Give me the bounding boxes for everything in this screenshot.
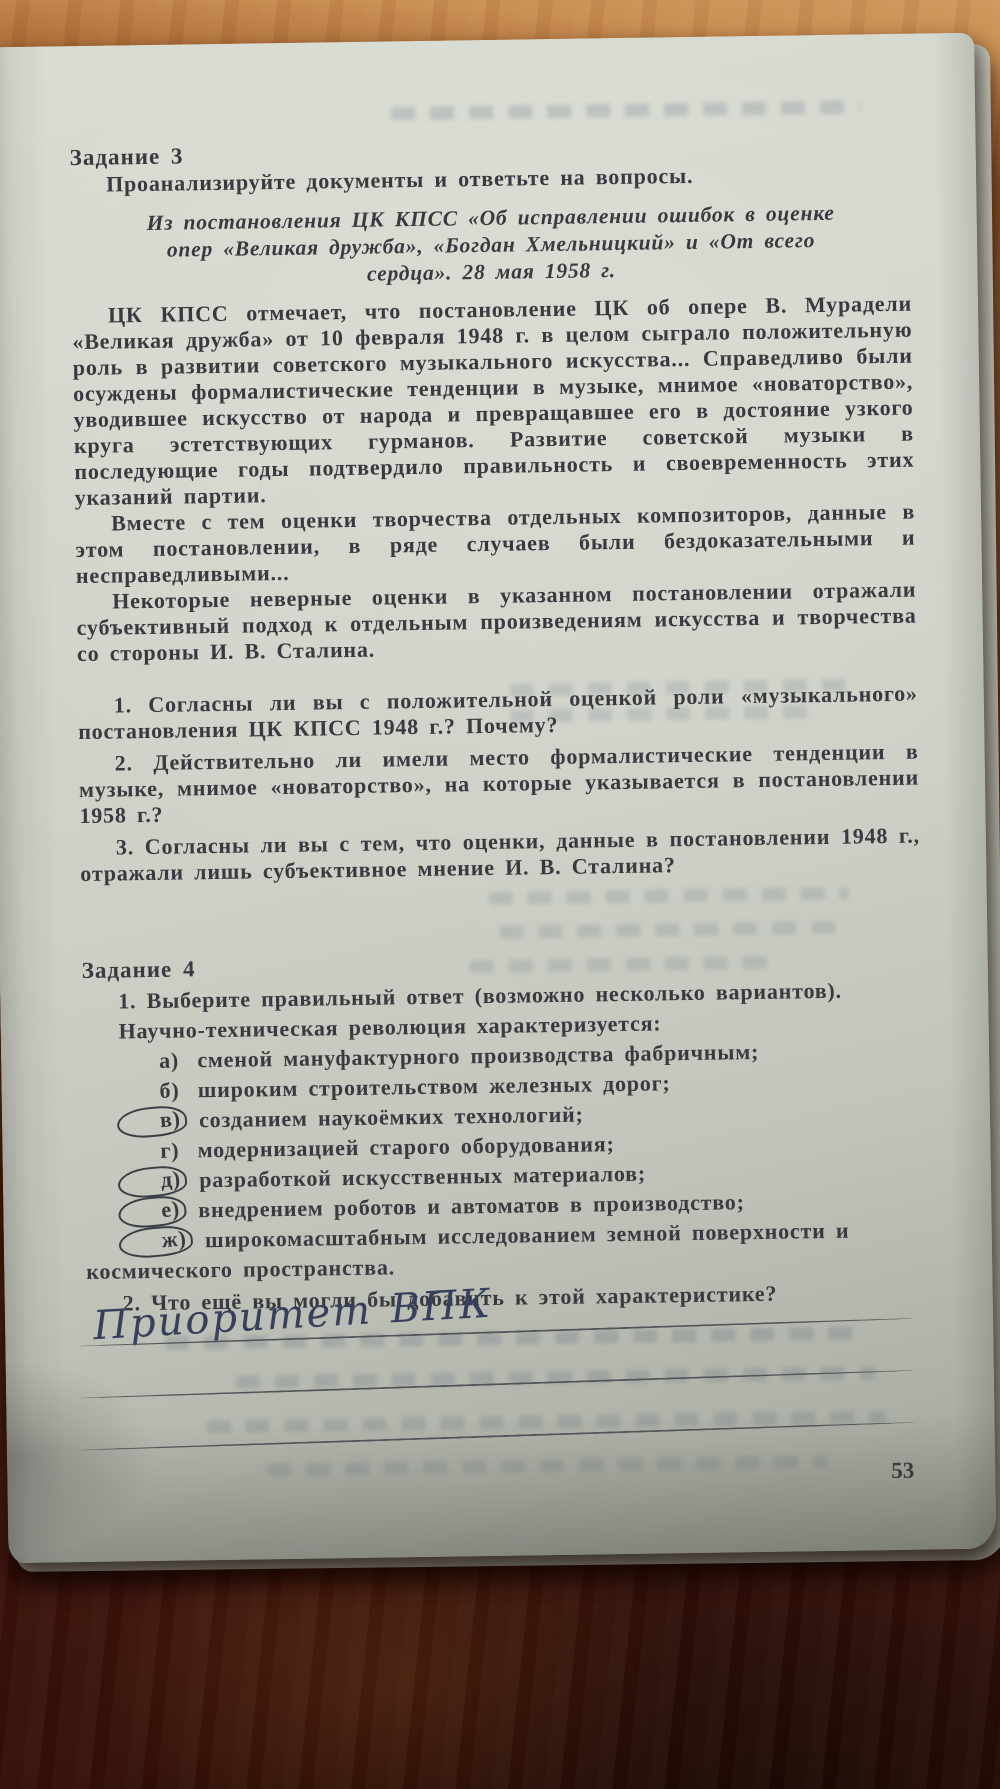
question-2: 2. Действительно ли имели место формалис…	[79, 739, 920, 829]
option-letter: ж)	[118, 1224, 194, 1260]
option-text: широким строительством железных дорог;	[187, 1070, 670, 1102]
option-letter: в)	[116, 1104, 188, 1140]
task-3-questions: 1. Согласны ли вы с положительной оценко…	[78, 681, 921, 887]
option-letter: д)	[117, 1164, 188, 1200]
option-letter: а)	[116, 1046, 185, 1077]
task-3-section: Задание 3 Проанализируйте документы и от…	[69, 132, 920, 887]
document-paragraph-1: ЦК КПСС отмечает, что постановление ЦК о…	[72, 291, 915, 511]
workbook-page: Задание 3 Проанализируйте документы и от…	[0, 33, 996, 1563]
option-text: сменой мануфактурного производства фабри…	[187, 1039, 760, 1072]
option-letter: б)	[116, 1076, 185, 1107]
option-text: модернизацией старого оборудования;	[187, 1131, 615, 1162]
show-through-text-artifact	[391, 100, 861, 120]
document-paragraph-3: Некоторые неверные оценки в указанном по…	[76, 577, 917, 667]
answer-line	[80, 1369, 914, 1399]
task-4-section: Задание 4 1. Выберите правильный ответ (…	[82, 945, 930, 1521]
document-paragraph-2: Вместе с тем оценки творчества отдельных…	[75, 499, 916, 589]
option-text: разработкой искусственных материалов;	[189, 1161, 646, 1193]
option-letter: е)	[117, 1194, 187, 1230]
option-text: широкомасштабным исследованием земной по…	[86, 1218, 850, 1284]
option-text: созданием наукоёмких технологий;	[189, 1102, 584, 1133]
printed-content: Задание 3 Проанализируйте документы и от…	[69, 132, 929, 1521]
option-letter: г)	[117, 1136, 185, 1167]
document-title: Из постановления ЦК КПСС «Об исправлении…	[130, 200, 851, 292]
answer-area: Приоритет ВПК	[87, 1309, 930, 1521]
answer-option: ж) широкомасштабным исследованием земной…	[86, 1215, 927, 1287]
question-3: 3. Согласны ли вы с тем, что оценки, дан…	[80, 823, 921, 887]
page-number: 53	[891, 1458, 914, 1484]
option-list: а) сменой мануфактурного производства фа…	[83, 1035, 926, 1287]
photo-of-workbook-page: Задание 3 Проанализируйте документы и от…	[0, 0, 1000, 1789]
answer-line	[81, 1421, 915, 1451]
question-1: 1. Согласны ли вы с положительной оценко…	[78, 681, 919, 745]
